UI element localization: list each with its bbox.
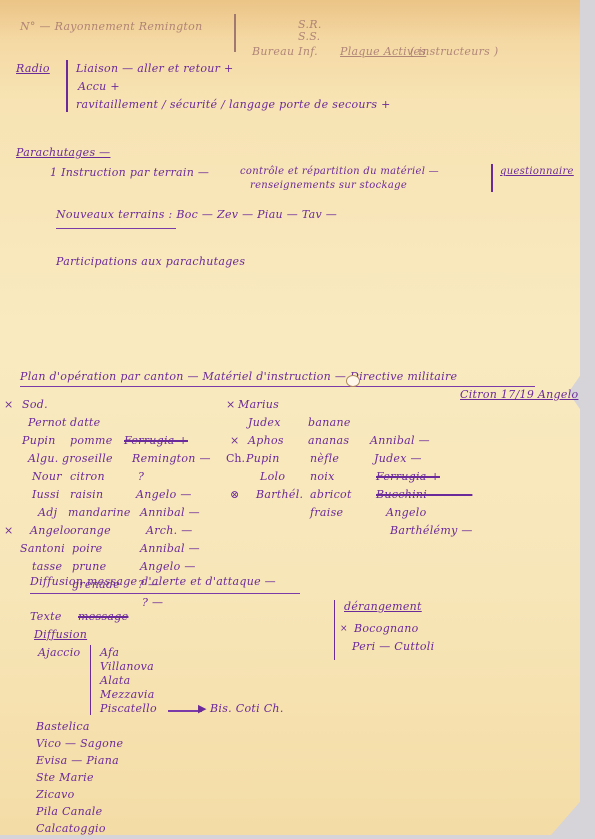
list-item: × Angelo poire Angelo — (4, 522, 83, 540)
town-item: Calcatoggio (36, 820, 123, 837)
list-item: × Sod. datte Ferrugia + (4, 396, 83, 414)
ajaccio-town: Mezzavia (100, 688, 155, 701)
questionnaire-divider (491, 164, 493, 192)
header-brace (234, 14, 236, 52)
row-mark: Ch. (226, 452, 245, 465)
ajaccio-town: Alata (100, 674, 131, 687)
row-name: Nour (32, 468, 111, 486)
row-name: Santoni (20, 540, 99, 558)
header-plaque-note: ( instructeurs ) (410, 45, 498, 58)
row-name: Marius (238, 396, 334, 414)
list-item: Nour raisin Annibal — (4, 468, 83, 486)
row-contact: Annibal — (140, 540, 219, 558)
row-mark: × (4, 398, 13, 411)
plan-title: Plan d'opération par canton — Matériel d… (20, 370, 457, 383)
row-contact: Angelo — (140, 558, 219, 576)
row-name: tasse (32, 558, 111, 576)
list-item: Ch. Pupin noix Bucchini — — — (226, 450, 322, 468)
plan-left-list: × Sod. datte Ferrugia + Pernot pomme Rem… (4, 396, 83, 576)
right-divider (334, 600, 335, 660)
list-item: Pupin groseille ? (4, 432, 83, 450)
punch-hole (346, 375, 360, 387)
arrow-target: Bis. Coti Ch. (210, 702, 284, 715)
ajaccio-town: Villanova (100, 660, 154, 673)
town-item: Ste Marie (36, 769, 123, 786)
header-faded-text: N° — Rayonnement Remington (20, 20, 202, 33)
right-item: Peri — Cuttoli (352, 640, 434, 653)
list-item: Judex ananas Judex — (226, 414, 322, 432)
parachutages-questionnaire: questionnaire (500, 166, 574, 177)
header-ss: S.S. (298, 30, 320, 43)
town-item: Zicavo (36, 786, 123, 803)
list-item: Pernot pomme Remington — (4, 414, 83, 432)
row-name: Lolo (260, 468, 356, 486)
ajaccio-divider (90, 645, 91, 715)
list-item: × Aphos nèfle Ferrugia + (226, 432, 322, 450)
participation-text: Participations aux parachutages (56, 255, 245, 268)
list-item: × Marius banane Annibal — (226, 396, 322, 414)
plan-right-list: × Marius banane Annibal — Judex ananas J… (226, 396, 322, 504)
plan-title-underline (20, 386, 535, 387)
ajaccio-label: Ajaccio (38, 646, 80, 659)
derangement-title: dérangement (344, 600, 422, 613)
row-contact: ? (138, 468, 217, 486)
nouveaux-underline (56, 228, 176, 229)
list-item: Lolo abricot Angelo (226, 468, 322, 486)
radio-brace (66, 60, 68, 112)
row-name: Pernot (28, 414, 107, 432)
list-item: Adj orange Annibal — (4, 504, 83, 522)
row-name: Algu. (28, 450, 107, 468)
ajaccio-town: Piscatello (100, 702, 157, 715)
row-mark: × (230, 434, 239, 447)
row-name: Pupin (246, 450, 342, 468)
row-name: Pupin (22, 432, 101, 450)
list-item: Iussi mandarine Arch. — (4, 486, 83, 504)
list-item: tasse grenade ? — (4, 558, 83, 576)
x-mark-icon: × (340, 624, 348, 634)
row-contact: ? — (142, 594, 221, 612)
parachutages-title: Parachutages — (16, 146, 110, 159)
row-mark: ⊗ (230, 488, 239, 501)
row-name: Angelo (30, 522, 109, 540)
ajaccio-town: Afa (100, 646, 119, 659)
town-item: Vico — Sagone (36, 735, 123, 752)
texte-label: Texte (30, 610, 62, 623)
list-item: ⊗ Barthél. fraise Barthélémy — (226, 486, 322, 504)
row-contact: Remington — (132, 450, 211, 468)
row-name: Sod. (22, 396, 101, 414)
radio-item-1: Liaison — aller et retour + (76, 62, 234, 75)
row-contact: Annibal — (140, 504, 219, 522)
nouveaux-terrains: Nouveaux terrains : Boc — Zev — Piau — T… (56, 208, 337, 221)
town-item: Pila Canale (36, 803, 123, 820)
message-struck: message (78, 610, 128, 623)
row-contact: Arch. — (146, 522, 225, 540)
radio-label: Radio (16, 62, 50, 75)
diffusion-underline (30, 593, 300, 594)
arrow-line (168, 710, 202, 712)
right-item: Bocognano (354, 622, 419, 635)
row-code: fraise (310, 504, 406, 522)
town-item: Bastelica (36, 718, 123, 735)
row-name: Iussi (32, 486, 111, 504)
parachutages-detail: contrôle et répartition du matériel — (240, 166, 439, 177)
row-name: Judex (248, 414, 344, 432)
town-item: Evisa — Piana (36, 752, 123, 769)
radio-item-2: Accu + (78, 80, 120, 93)
row-contact: Barthélémy — (390, 522, 486, 540)
towns-list: Bastelica Vico — Sagone Evisa — Piana St… (36, 718, 123, 837)
row-mark: × (226, 398, 235, 411)
diffusion-title: Diffusion message d'alerte et d'attaque … (30, 575, 276, 588)
citron-note: Citron 17/19 Angelo (460, 388, 578, 401)
arrow-icon: ▶ (198, 702, 206, 715)
header-bureau: Bureau Inf. (252, 45, 318, 58)
parachutages-detail-2: renseignements sur stockage (250, 180, 407, 191)
list-item: Algu. citron Angelo — (4, 450, 83, 468)
row-name: Adj (38, 504, 117, 522)
diffusion-label: Diffusion (34, 628, 87, 641)
row-name: Barthél. (256, 486, 352, 504)
list-item: Santoni prune ? — (4, 540, 83, 558)
row-name: Aphos (248, 432, 344, 450)
radio-item-3: ravitaillement / sécurité / langage port… (76, 98, 391, 111)
parachutages-item-1: 1 Instruction par terrain — (50, 166, 209, 179)
row-mark: × (4, 524, 13, 537)
